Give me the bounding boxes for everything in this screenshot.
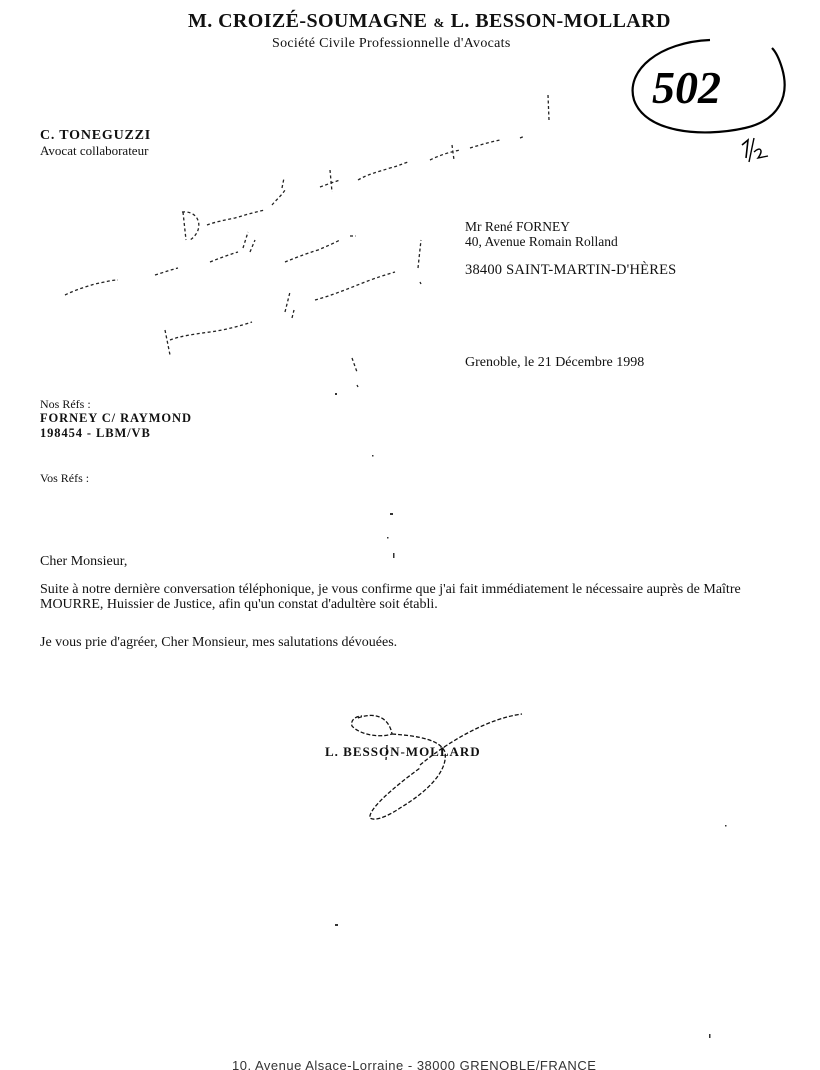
signature-scribble bbox=[352, 714, 522, 819]
stamp-number: 502 bbox=[652, 62, 721, 113]
handwritten-note bbox=[65, 95, 549, 387]
scan-annotations: 502 bbox=[0, 0, 820, 1070]
page-marker bbox=[742, 138, 768, 162]
scan-specks bbox=[335, 393, 727, 1038]
stamp-502: 502 bbox=[633, 40, 785, 132]
